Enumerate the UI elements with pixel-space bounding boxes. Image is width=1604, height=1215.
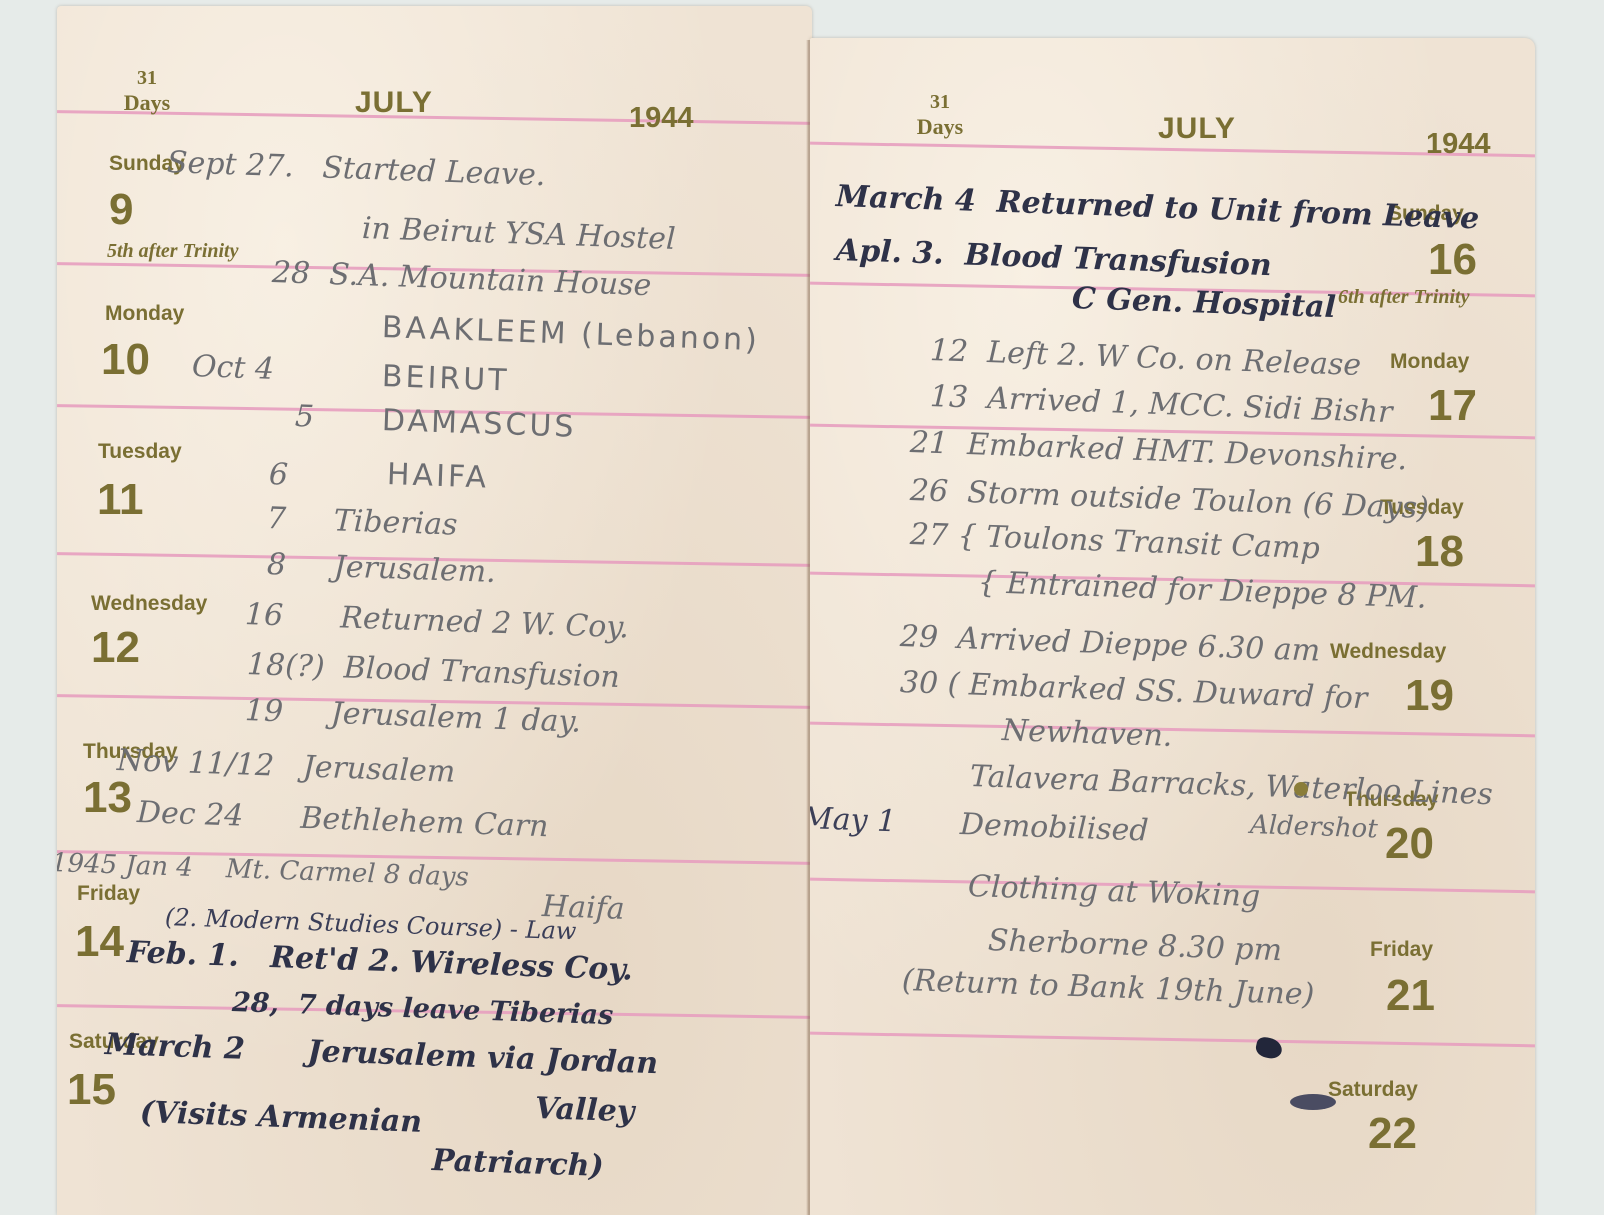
handwritten-entry: 8 Jerusalem.	[266, 548, 496, 590]
handwritten-entry: Oct 4	[191, 350, 274, 387]
handwritten-entry: 26 Storm outside Toulon (6 Days)	[909, 474, 1429, 526]
days-count: 31	[905, 92, 975, 112]
weekday-label: Wednesday	[91, 592, 207, 616]
handwritten-entry: Valley	[534, 1092, 634, 1129]
handwritten-entry: Sept 27. Started Leave.	[166, 146, 546, 193]
weekday-label: Monday	[105, 302, 184, 326]
handwritten-entry: DAMASCUS	[381, 404, 577, 445]
month-title: JULY	[355, 86, 433, 120]
handwritten-entry: 16 Returned 2 W. Coy.	[244, 598, 629, 645]
moon-phase-dot	[1294, 782, 1308, 796]
handwritten-entry: 12 Left 2. W Co. on Release	[929, 334, 1361, 383]
date-number: 11	[97, 478, 144, 522]
handwritten-entry: (Visits Armenian	[139, 1096, 422, 1140]
handwritten-entry: Nov 11/12 Jerusalem	[116, 744, 455, 790]
handwritten-entry: BAAKLEEM (Lebanon)	[381, 311, 760, 358]
date-number: 12	[91, 626, 140, 670]
ink-blot	[1290, 1094, 1336, 1110]
date-number: 19	[1405, 674, 1454, 718]
handwritten-entry: 28 S.A. Mountain House	[271, 256, 651, 303]
handwritten-entry: 6	[268, 458, 288, 493]
handwritten-entry: Aldershot	[1249, 808, 1378, 846]
handwritten-entry: May 1	[810, 802, 897, 839]
handwritten-entry: 5	[294, 400, 314, 435]
date-number: 13	[83, 776, 132, 820]
date-number: 15	[67, 1068, 116, 1112]
date-number: 20	[1385, 822, 1434, 866]
days-label: Days	[112, 92, 182, 114]
handwritten-entry: Talavera Barracks, Waterloo Lines	[969, 760, 1493, 812]
date-number: 14	[75, 920, 124, 964]
weekday-label: Friday	[1370, 938, 1433, 962]
date-number: 10	[101, 338, 150, 382]
weekday-label: Saturday	[1328, 1078, 1418, 1102]
date-number: 18	[1415, 530, 1464, 574]
handwritten-entry: March 4 Returned to Unit from Leave	[835, 180, 1479, 236]
weekday-label: Tuesday	[98, 440, 182, 464]
pink-rule	[810, 1032, 1535, 1048]
church-calendar-note: 5th after Trinity	[107, 240, 238, 263]
year-title: 1944	[629, 102, 694, 135]
weekday-label: Monday	[1390, 350, 1469, 374]
handwritten-entry: Dec 24 Bethlehem Carn	[136, 796, 549, 844]
handwritten-entry: Clothing at Woking	[967, 870, 1260, 914]
handwritten-entry: Apl. 3. Blood Transfusion	[835, 234, 1272, 283]
handwritten-entry: (Return to Bank 19th June)	[901, 964, 1314, 1012]
handwritten-entry: in Beirut YSA Hostel	[361, 212, 676, 257]
diary-page-left: 31 Days JULY 1944 Sunday 9 5th after Tri…	[57, 6, 812, 1215]
weekday-label: Wednesday	[1330, 640, 1446, 664]
month-title: JULY	[1158, 112, 1236, 146]
handwritten-entry: BEIRUT	[381, 360, 510, 398]
date-number: 16	[1428, 238, 1477, 282]
handwritten-entry: Newhaven.	[1001, 714, 1173, 754]
handwritten-entry: HAIFA	[386, 458, 489, 496]
handwritten-entry: March 2 Jerusalem via Jordan	[104, 1028, 658, 1081]
handwritten-entry: 27 { Toulons Transit Camp	[909, 518, 1320, 566]
weekday-label: Friday	[77, 882, 140, 906]
handwritten-entry: Sherborne 8.30 pm	[987, 924, 1282, 968]
handwritten-entry: 13 Arrived 1, MCC. Sidi Bishr	[929, 380, 1393, 430]
days-label: Days	[905, 116, 975, 138]
diary-page-right: 31 Days JULY 1944 Sunday 16 6th after Tr…	[810, 38, 1535, 1215]
handwritten-entry: 28, 7 days leave Tiberias	[231, 986, 613, 1033]
handwritten-entry: 7 Tiberias	[266, 502, 458, 543]
date-number: 21	[1386, 974, 1435, 1018]
church-calendar-note: 6th after Trinity	[1338, 286, 1469, 309]
days-count: 31	[112, 68, 182, 88]
handwritten-entry: C Gen. Hospital	[1071, 282, 1336, 325]
handwritten-entry: Demobilised	[959, 808, 1149, 849]
date-number: 9	[109, 188, 133, 232]
date-number: 17	[1428, 384, 1477, 428]
handwritten-entry: 30 ( Embarked SS. Duward for	[899, 666, 1367, 716]
handwritten-entry: 18(?) Blood Transfusion	[246, 648, 620, 695]
handwritten-entry: 29 Arrived Dieppe 6.30 am	[899, 620, 1320, 669]
year-title: 1944	[1426, 128, 1491, 161]
date-number: 22	[1368, 1112, 1417, 1156]
handwritten-entry: Patriarch)	[431, 1144, 604, 1184]
handwritten-entry: { Entrained for Dieppe 8 PM.	[977, 566, 1427, 616]
